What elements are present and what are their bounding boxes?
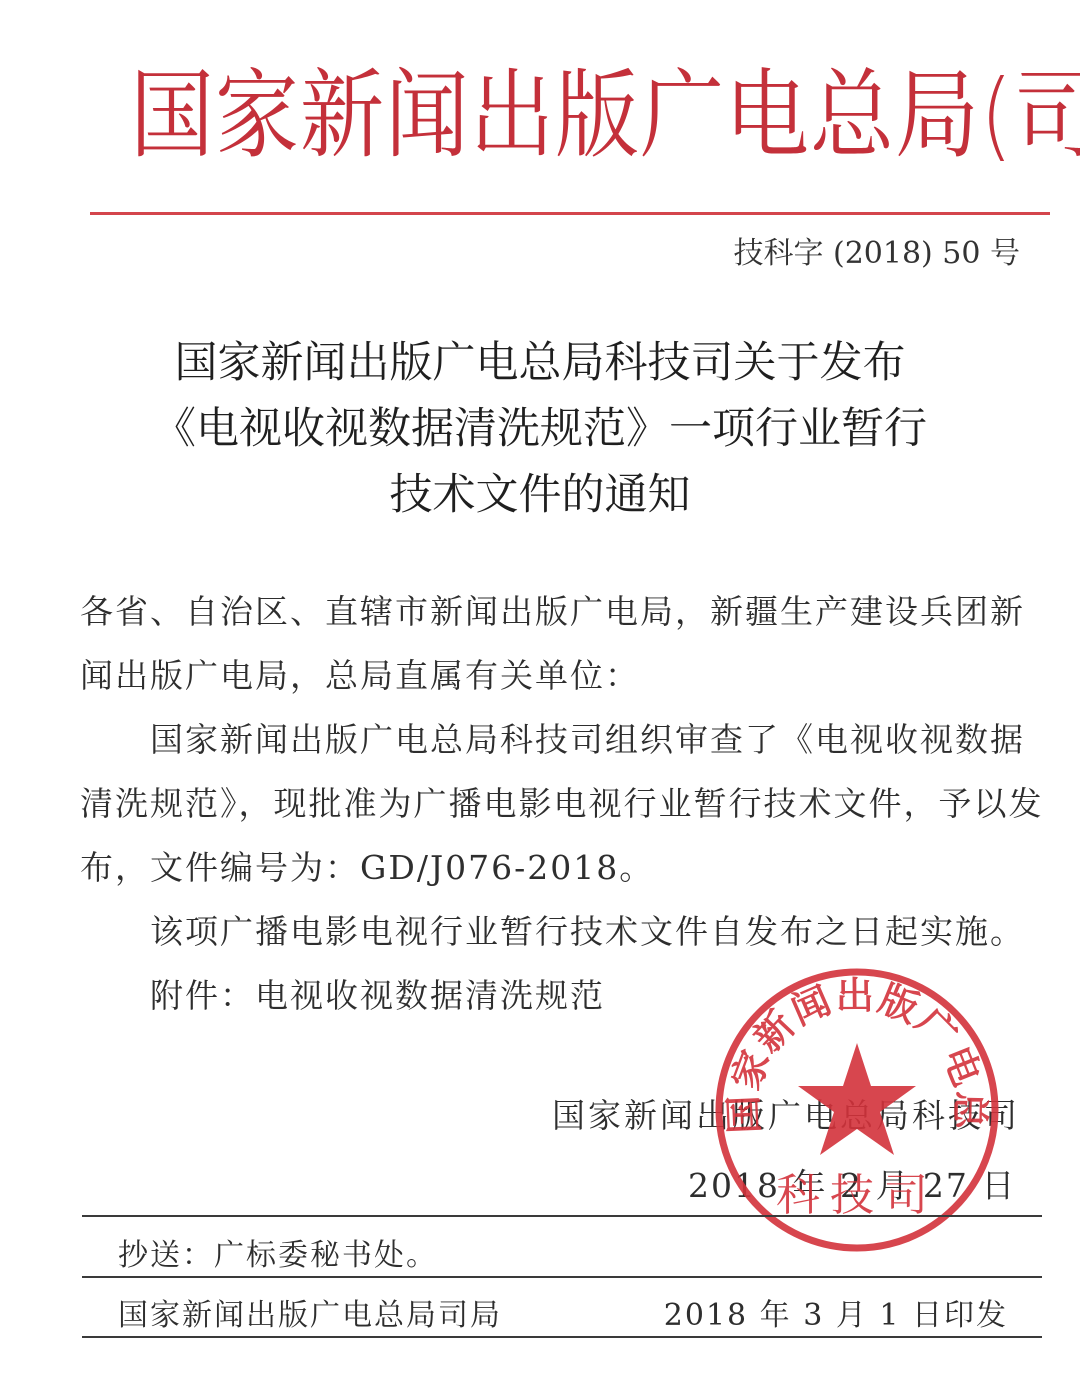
footer-print-date: 2018 年 3 月 1 日印发 (664, 1290, 1008, 1334)
recipients-line-1: 各省、自治区、直辖市新闻出版广电局，新疆生产建设兵团新 (80, 580, 1030, 644)
paragraph1-line-2: 清洗规范》，现批准为广播电影电视行业暂行技术文件，予以发 (80, 772, 1030, 836)
cc-line: 抄送：广标委秘书处。 (118, 1230, 438, 1274)
red-divider (90, 212, 1050, 215)
paragraph1-line-1: 国家新闻出版广电总局科技司组织审查了《电视收视数据 (80, 708, 1030, 772)
paragraph2-text: 该项广播电影电视行业暂行技术文件自发布之日起实施。 (80, 900, 1030, 964)
footer-issuer: 国家新闻出版广电总局司局 (118, 1290, 502, 1334)
divider-bottom (82, 1336, 1042, 1338)
paragraph-approval: 国家新闻出版广电总局科技司组织审查了《电视收视数据 清洗规范》，现批准为广播电影… (80, 708, 1030, 900)
title-line-2: 《电视收视数据清洗规范》一项行业暂行 (0, 396, 1080, 462)
title-line-1: 国家新闻出版广电总局科技司关于发布 (0, 330, 1080, 396)
paragraph-effective: 该项广播电影电视行业暂行技术文件自发布之日起实施。 附件：电视收视数据清洗规范 (80, 900, 1030, 1028)
masthead-title: 国家新闻出版广电总局(司局函件) (130, 52, 1050, 179)
document-number: 技科字 (2018) 50 号 (733, 228, 1020, 272)
title-line-3: 技术文件的通知 (0, 462, 1080, 528)
attachment-line: 附件：电视收视数据清洗规范 (80, 964, 1030, 1028)
divider-top (82, 1215, 1042, 1217)
divider-middle (82, 1276, 1042, 1278)
signature-organization: 国家新闻出版广电总局科技司 (552, 1090, 1020, 1137)
recipients-block: 各省、自治区、直辖市新闻出版广电局，新疆生产建设兵团新 闻出版广电局，总局直属有… (80, 580, 1030, 708)
signature-date: 2018 年 2 月 27 日 (688, 1160, 1016, 1207)
document-title: 国家新闻出版广电总局科技司关于发布 《电视收视数据清洗规范》一项行业暂行 技术文… (0, 330, 1080, 528)
paragraph1-line-3: 布，文件编号为：GD/J076-2018。 (80, 836, 1030, 900)
recipients-line-2: 闻出版广电局，总局直属有关单位： (80, 644, 1030, 708)
